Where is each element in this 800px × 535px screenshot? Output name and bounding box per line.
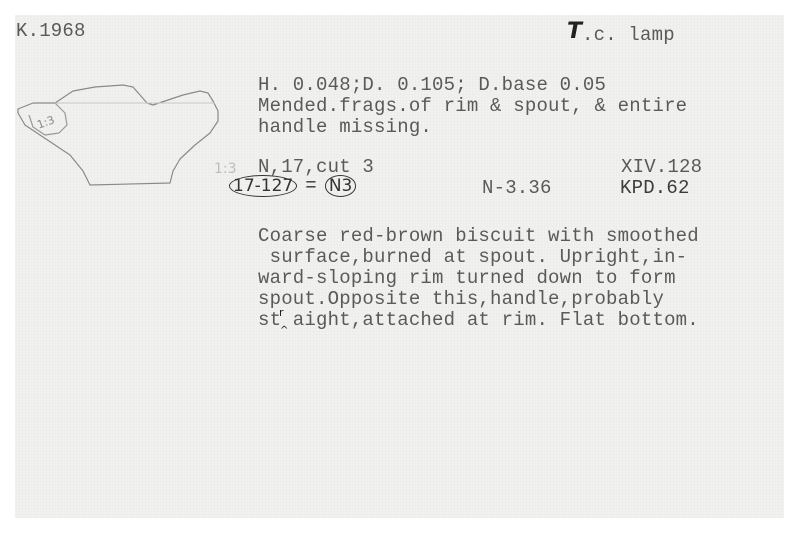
publication-ref: KPD.62 (620, 177, 690, 199)
description-line-4: spout.Opposite this,handle,probably (258, 288, 664, 310)
correction-insert: r (279, 306, 284, 319)
equals-sign: = (305, 175, 317, 197)
accession-number: K.1968 (16, 20, 86, 42)
sketch-scale-label: 1:3 (35, 113, 56, 131)
condition-line-1: Mended.frags.of rim & spout, & entire (258, 95, 687, 117)
description-line-2: surface,burned at spout. Upright,in- (258, 246, 687, 268)
description-line-3: ward-sloping rim turned down to form (258, 267, 676, 289)
catalog-card: 1:3 K.1968 T .c. lamp H. 0.048;D. 0.105;… (15, 15, 784, 518)
dimensions: H. 0.048;D. 0.105; D.base 0.05 (258, 74, 606, 96)
inventory-ref: N-3.36 (482, 177, 552, 199)
circled-refs: 17-127 = N3 (229, 175, 356, 197)
description-line-1: Coarse red-brown biscuit with smoothed (258, 225, 699, 247)
caret-mark: ^ (280, 325, 288, 336)
description-line-5: st aight,attached at rim. Flat bottom. (258, 309, 699, 331)
condition-line-2: handle missing. (258, 116, 432, 138)
notebook-ref: XIV.128 (621, 156, 702, 178)
object-type: .c. lamp (582, 24, 675, 46)
object-type-initial: T (567, 19, 582, 44)
circled-ref-2: N3 (325, 175, 357, 197)
circled-ref-1: 17-127 (229, 175, 297, 197)
